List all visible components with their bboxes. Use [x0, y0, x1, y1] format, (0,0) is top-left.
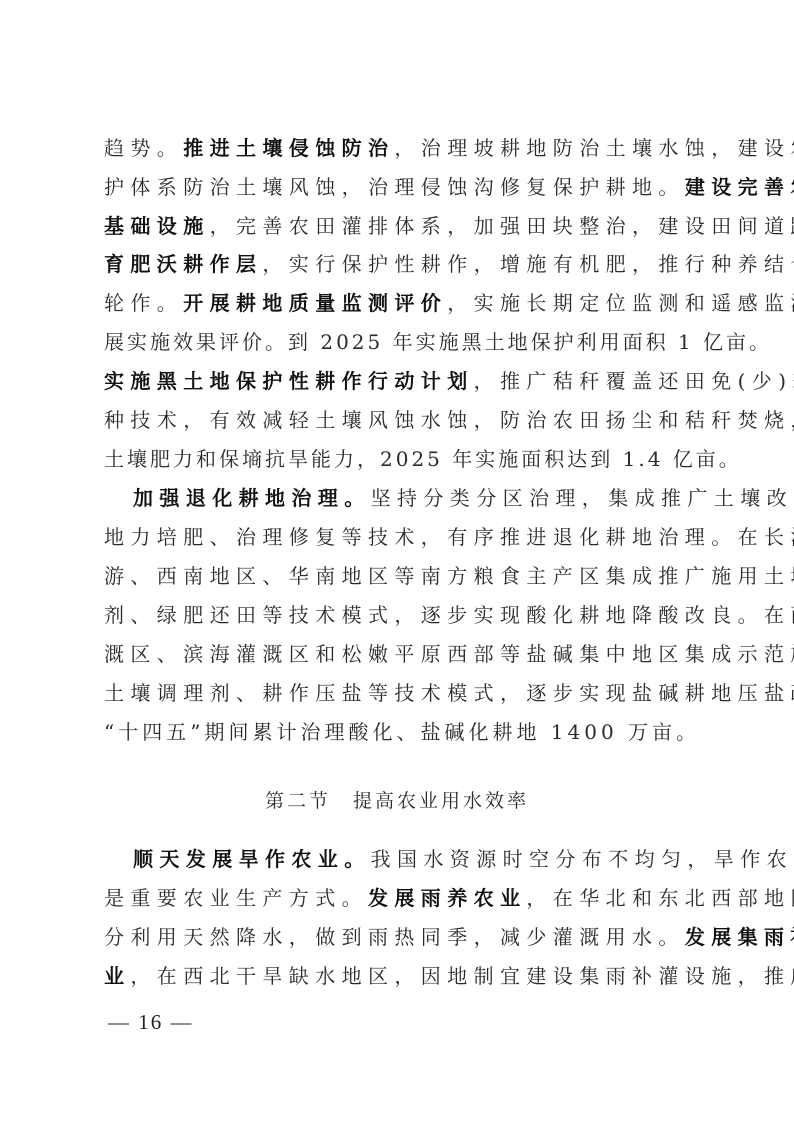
text-line: 趋势。推进土壤侵蚀防治，治理坡耕地防治土壤水蚀，建设农田防: [104, 133, 694, 163]
text-line: 土壤肥力和保墒抗旱能力，2025 年实施面积达到 1.4 亿亩。: [104, 444, 694, 474]
text-run: ，实行保护性耕作，增施有机肥，推行种养结合、粮豆: [262, 252, 794, 276]
text-run: 是重要农业生产方式。: [104, 886, 368, 910]
text-run: 护体系防治土壤风蚀，治理侵蚀沟修复保护耕地。: [104, 175, 685, 199]
text-line: 土壤调理剂、耕作压盐等技术模式，逐步实现盐碱耕地压盐改良。: [104, 678, 694, 708]
bold-keyword: 基础设施: [104, 214, 210, 238]
text-run: ，实施长期定位监测和遥感监测，开: [447, 291, 794, 315]
bold-keyword: 育肥沃耕作层: [104, 252, 262, 276]
text-run: 轮作。: [104, 291, 183, 315]
text-run: 我国水资源时空分布不均匀，旱作农业: [371, 847, 794, 871]
section-heading: 第二节提高农业用水效率: [0, 786, 794, 813]
text-line: 实施黑土地保护性耕作行动计划，推广秸秆覆盖还田免(少)耕播: [104, 366, 694, 396]
bold-keyword: 加强退化耕地治理。: [133, 486, 371, 510]
text-line: 种技术，有效减轻土壤风蚀水蚀，防治农田扬尘和秸秆焚烧，增加: [104, 405, 694, 435]
page-number: — 16 —: [108, 1010, 194, 1035]
text-run: 土壤调理剂、耕作压盐等技术模式，逐步实现盐碱耕地压盐改良。: [104, 681, 794, 705]
text-line: 展实施效果评价。到 2025 年实施黑土地保护利用面积 1 亿亩。: [104, 327, 694, 357]
text-line: 游、西南地区、华南地区等南方粮食主产区集成推广施用土壤调理: [104, 561, 694, 591]
section-number: 第二节: [265, 790, 331, 812]
text-line: 加强退化耕地治理。坚持分类分区治理，集成推广土壤改良、: [133, 483, 694, 513]
text-run: 分利用天然降水，做到雨热同季，减少灌溉用水。: [104, 925, 685, 949]
text-line: “十四五”期间累计治理酸化、盐碱化耕地 1400 万亩。: [104, 717, 694, 747]
bold-keyword: 开展耕地质量监测评价: [183, 291, 447, 315]
text-run: ，在华北和东北西部地区，充: [526, 886, 794, 910]
text-line: 地力培肥、治理修复等技术，有序推进退化耕地治理。在长江中下: [104, 522, 694, 552]
text-run: 趋势。: [104, 136, 183, 160]
text-run: 展实施效果评价。到 2025 年实施黑土地保护利用面积 1 亿亩。: [104, 330, 772, 354]
bold-keyword: 推进土壤侵蚀防治: [183, 136, 394, 160]
text-line: 基础设施，完善农田灌排体系，加强田块整治，建设田间道路。培: [104, 211, 694, 241]
document-page: 趋势。推进土壤侵蚀防治，治理坡耕地防治土壤水蚀，建设农田防 护体系防治土壤风蚀，…: [0, 0, 794, 1123]
text-run: 游、西南地区、华南地区等南方粮食主产区集成推广施用土壤调理: [104, 564, 794, 588]
text-run: ，完善农田灌排体系，加强田块整治，建设田间道路。: [210, 214, 794, 238]
bold-keyword: 业: [104, 964, 130, 988]
text-line: 溉区、滨海灌溉区和松嫩平原西部等盐碱集中地区集成示范施用: [104, 639, 694, 669]
text-run: ，推广秸秆覆盖还田免(少)耕播: [474, 369, 794, 393]
bold-keyword: 顺天发展旱作农业。: [133, 847, 371, 871]
text-line: 分利用天然降水，做到雨热同季，减少灌溉用水。发展集雨补灌农: [104, 922, 694, 952]
bold-keyword: 发展集雨补灌农: [685, 925, 794, 949]
text-run: ，在西北干旱缺水地区，因地制宜建设集雨补灌设施，推广全膜: [130, 964, 794, 988]
text-run: 溉区、滨海灌溉区和松嫩平原西部等盐碱集中地区集成示范施用: [104, 642, 794, 666]
bold-keyword: 发展雨养农业: [368, 886, 526, 910]
section-title: 提高农业用水效率: [353, 790, 529, 812]
text-line: 业，在西北干旱缺水地区，因地制宜建设集雨补灌设施，推广全膜: [104, 961, 694, 991]
text-run: 坚持分类分区治理，集成推广土壤改良、: [371, 486, 794, 510]
text-run: 种技术，有效减轻土壤风蚀水蚀，防治农田扬尘和秸秆焚烧，增加: [104, 408, 794, 432]
text-run: 土壤肥力和保墒抗旱能力，2025 年实施面积达到 1.4 亿亩。: [104, 447, 742, 471]
text-run: ，治理坡耕地防治土壤水蚀，建设农田防: [394, 136, 794, 160]
text-run: “十四五”期间累计治理酸化、盐碱化耕地 1400 万亩。: [104, 720, 700, 744]
text-line: 轮作。开展耕地质量监测评价，实施长期定位监测和遥感监测，开: [104, 288, 694, 318]
text-line: 剂、绿肥还田等技术模式，逐步实现酸化耕地降酸改良。在西北灌: [104, 600, 694, 630]
text-line: 顺天发展旱作农业。我国水资源时空分布不均匀，旱作农业: [133, 844, 694, 874]
text-line: 护体系防治土壤风蚀，治理侵蚀沟修复保护耕地。建设完善农田: [104, 172, 694, 202]
text-run: 剂、绿肥还田等技术模式，逐步实现酸化耕地降酸改良。在西北灌: [104, 603, 794, 627]
bold-keyword: 实施黑土地保护性耕作行动计划: [104, 369, 474, 393]
text-line: 是重要农业生产方式。发展雨养农业，在华北和东北西部地区，充: [104, 883, 694, 913]
bold-keyword: 建设完善农田: [685, 175, 794, 199]
text-line: 育肥沃耕作层，实行保护性耕作，增施有机肥，推行种养结合、粮豆: [104, 249, 694, 279]
text-run: 地力培肥、治理修复等技术，有序推进退化耕地治理。在长江中下: [104, 525, 794, 549]
